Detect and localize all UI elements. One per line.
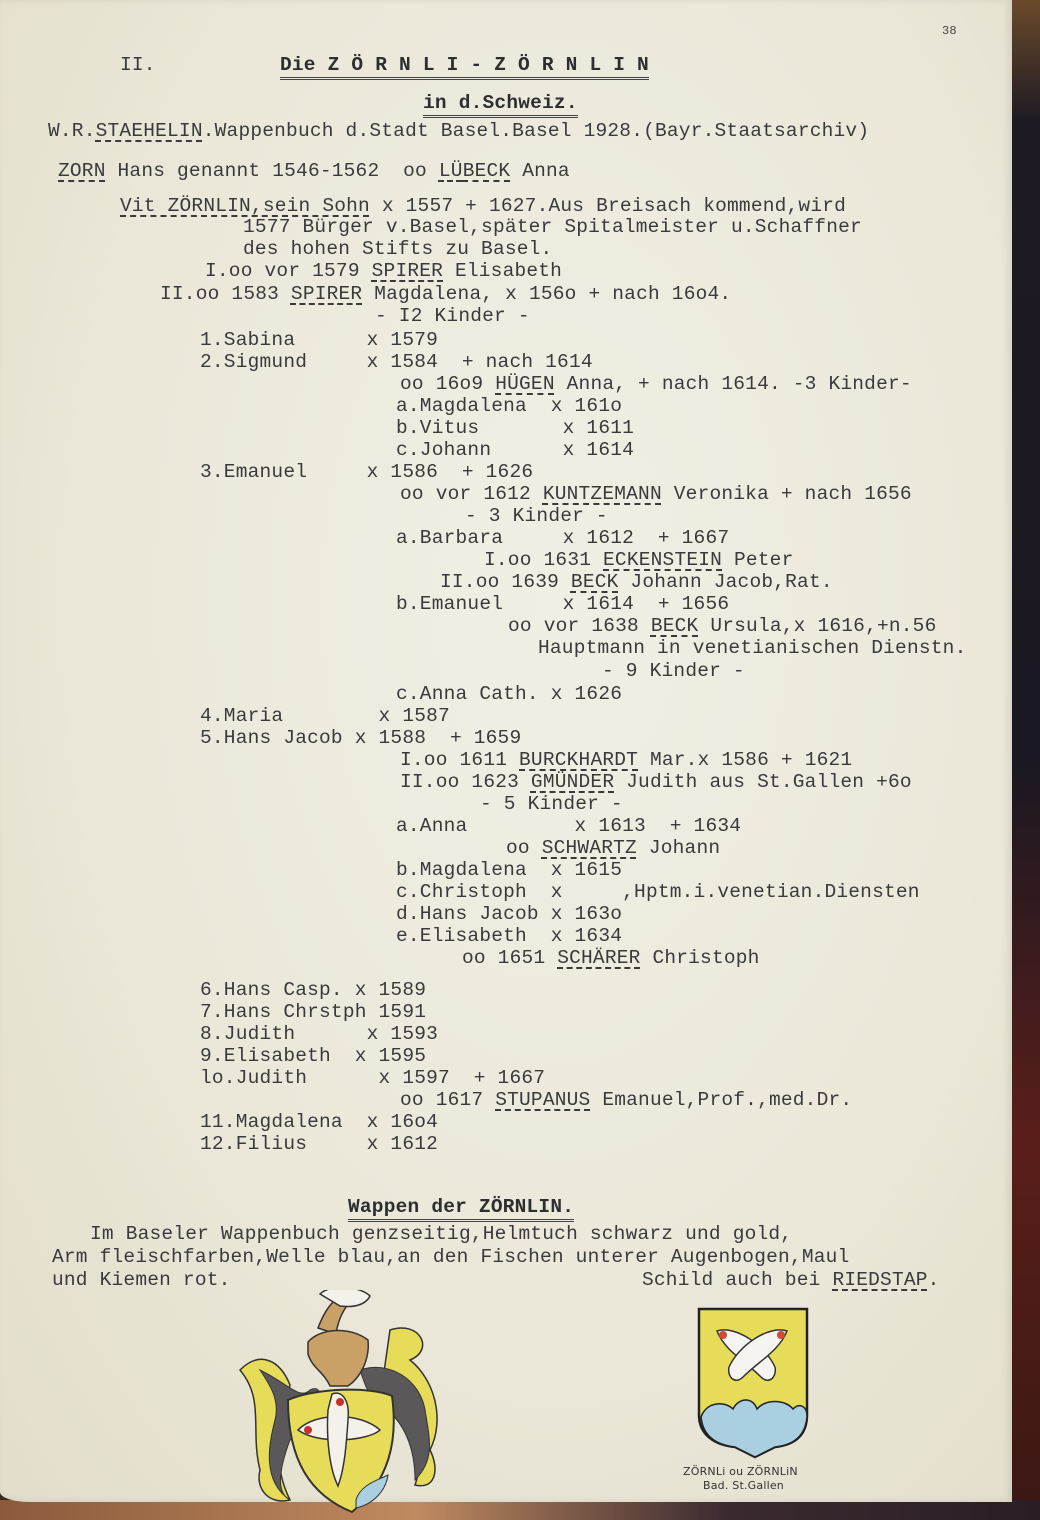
genealogy-line: 3.Emanuel x 1586 + 1626 — [200, 461, 533, 483]
genealogy-line: b.Emanuel x 1614 + 1656 — [396, 593, 729, 615]
genealogy-line: b.Magdalena x 1615 — [396, 859, 622, 881]
genealogy-line: a.Magdalena x 161o — [396, 395, 622, 417]
genealogy-line: 1.Sabina x 1579 — [200, 329, 438, 351]
genealogy-line: 11.Magdalena x 16o4 — [200, 1111, 438, 1133]
genealogy-line: oo vor 1638 BECK Ursula,x 1616,+n.56 — [508, 615, 936, 637]
genealogy-line: I.oo 1611 BURCKHARDT Mar.x 1586 + 1621 — [400, 749, 852, 771]
genealogy-line: 2.Sigmund x 1584 + nach 1614 — [200, 351, 593, 373]
genealogy-line: Hauptmann in venetianischen Dienstn. — [538, 637, 966, 659]
arms-description-line3: und Kiemen rot. — [52, 1269, 231, 1291]
genealogy-line: ZORN Hans genannt 1546-1562 oo LÜBECK An… — [58, 160, 570, 182]
genealogy-line: II.oo 1639 BECK Johann Jacob,Rat. — [440, 571, 833, 593]
genealogy-line: 7.Hans Chrstph 1591 — [200, 1001, 426, 1023]
genealogy-line: 6.Hans Casp. x 1589 — [200, 979, 426, 1001]
section-number: II. — [120, 54, 156, 76]
genealogy-line: c.Anna Cath. x 1626 — [396, 683, 622, 705]
coat-of-arms-shield-icon — [695, 1305, 815, 1465]
page-number: 38 — [942, 20, 957, 42]
genealogy-line: 1577 Bürger v.Basel,später Spitalmeister… — [243, 216, 862, 238]
genealogy-line: a.Anna x 1613 + 1634 — [396, 815, 741, 837]
document-page: 38 II. Die Z Ö R N L I - Z Ö R N L I N i… — [0, 0, 1012, 1502]
genealogy-line: II.oo 1583 SPIRER Magdalena, x 156o + na… — [160, 283, 731, 305]
genealogy-line: d.Hans Jacob x 163o — [396, 903, 622, 925]
genealogy-line: oo 1617 STUPANUS Emanuel,Prof.,med.Dr. — [400, 1089, 852, 1111]
genealogy-line: oo SCHWARTZ Johann — [506, 837, 720, 859]
source-rest: .Wappenbuch d.Stadt Basel.Basel 1928.(Ba… — [203, 120, 870, 142]
source-author: STAEHELIN — [96, 120, 203, 142]
genealogy-line: 5.Hans Jacob x 1588 + 1659 — [200, 727, 521, 749]
arms-caption-line1: ZÖRNLi ou ZÖRNLiN — [683, 1465, 798, 1478]
background-edge — [1010, 0, 1040, 1520]
genealogy-line: 8.Judith x 1593 — [200, 1023, 438, 1045]
genealogy-line: II.oo 1623 GMÜNDER Judith aus St.Gallen … — [400, 771, 912, 793]
genealogy-line: oo 1651 SCHÄRER Christoph — [462, 947, 760, 969]
genealogy-line: I.oo vor 1579 SPIRER Elisabeth — [205, 260, 562, 282]
arms-description-line2: Arm fleischfarben,Welle blau,an den Fisc… — [52, 1246, 849, 1268]
genealogy-line: 12.Filius x 1612 — [200, 1133, 438, 1155]
genealogy-line: des hohen Stifts zu Basel. — [243, 238, 552, 260]
arms-description-line1: Im Baseler Wappenbuch genzseitig,Helmtuc… — [90, 1223, 792, 1245]
arms-caption-line2: Bad. St.Gallen — [703, 1479, 784, 1492]
genealogy-line: - 9 Kinder - — [602, 660, 745, 682]
arms-heading: Wappen der ZÖRNLIN. — [348, 1196, 574, 1222]
background-edge-bottom — [0, 1500, 1040, 1520]
coat-of-arms-helmet-icon — [220, 1290, 490, 1520]
genealogy-line: oo vor 1612 KUNTZEMANN Veronika + nach 1… — [400, 483, 912, 505]
genealogy-line: a.Barbara x 1612 + 1667 — [396, 527, 729, 549]
genealogy-line: oo 16o9 HÜGEN Anna, + nach 1614. -3 Kind… — [400, 373, 912, 395]
source-prefix: W.R. — [48, 120, 96, 142]
genealogy-line: c.Johann x 1614 — [396, 439, 634, 461]
genealogy-line: I.oo 1631 ECKENSTEIN Peter — [484, 549, 793, 571]
genealogy-line: 4.Maria x 1587 — [200, 705, 450, 727]
genealogy-line: c.Christoph x ,Hptm.i.venetian.Diensten — [396, 881, 920, 903]
arms-description-riedstap: Schild auch bei RIEDSTAP. — [642, 1269, 940, 1291]
document-subtitle: in d.Schweiz. — [423, 92, 578, 118]
genealogy-line: - 5 Kinder - — [480, 793, 623, 815]
genealogy-line: - 3 Kinder - — [465, 505, 608, 527]
genealogy-line: b.Vitus x 1611 — [396, 417, 634, 439]
genealogy-line: e.Elisabeth x 1634 — [396, 925, 622, 947]
genealogy-line: Vit ZÖRNLIN,sein Sohn x 1557 + 1627.Aus … — [120, 195, 846, 217]
genealogy-line: lo.Judith x 1597 + 1667 — [200, 1067, 545, 1089]
document-title: Die Z Ö R N L I - Z Ö R N L I N — [280, 54, 649, 80]
source-citation: W.R.STAEHELIN.Wappenbuch d.Stadt Basel.B… — [48, 120, 869, 142]
genealogy-line: 9.Elisabeth x 1595 — [200, 1045, 426, 1067]
genealogy-line: - I2 Kinder - — [375, 305, 530, 327]
